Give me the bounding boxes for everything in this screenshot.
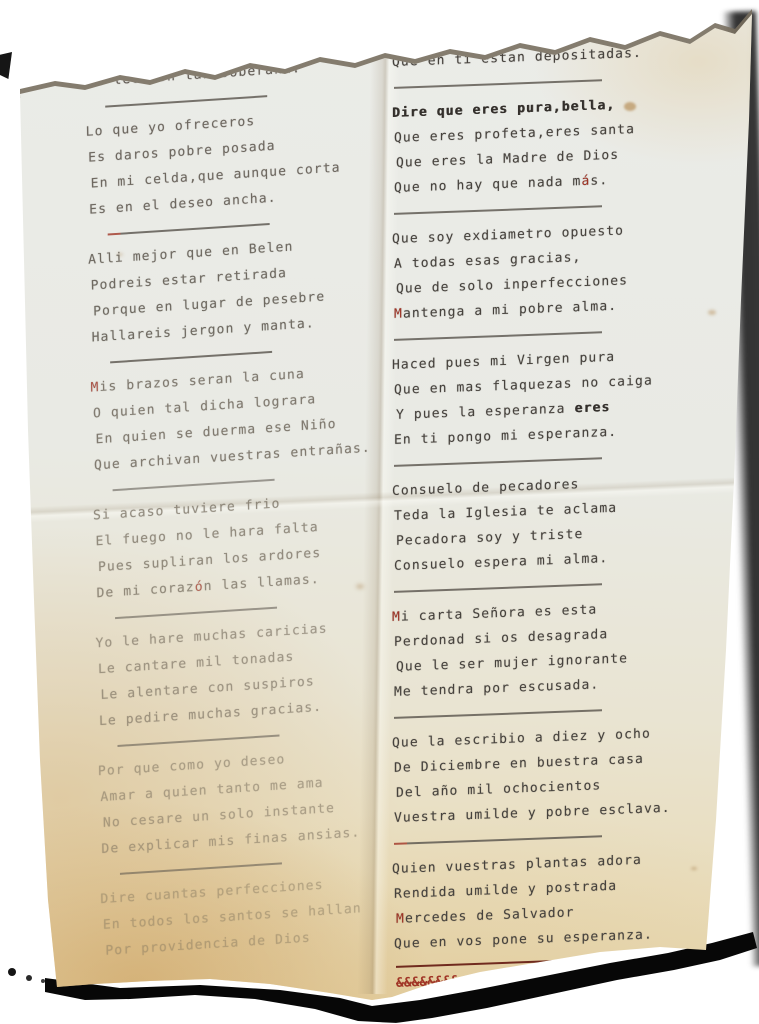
ink-segment: Que eres la Madre de Dios xyxy=(396,148,619,171)
poem-line: De leccion tan soberana. xyxy=(86,50,386,95)
stanza-divider xyxy=(120,862,282,874)
ink-segment-red: M xyxy=(396,912,405,927)
ink-segment: De Diciembre en buestra casa xyxy=(394,752,644,776)
ink-segment: Que eres profeta,eres santa xyxy=(394,122,635,146)
ink-segment: Perdonad si os desagrada xyxy=(394,627,608,650)
poem-stanza: Por que como yo deseoAmar a quien tanto … xyxy=(98,740,402,863)
ink-segment: Que soy exdiametro opuesto xyxy=(392,223,624,247)
poem-stanza: Que soy exdiametro opuestoA todas esas g… xyxy=(392,215,726,327)
poem-stanza: Mis brazos seran la cunaO quien tal dich… xyxy=(90,356,394,479)
photo-stage: Ojala me aprovecheDe leccion tan soberan… xyxy=(0,0,759,1024)
poem-stanza: Consuelo de pecadoresTeda la Iglesia te … xyxy=(392,467,726,579)
stanza-divider xyxy=(394,79,602,89)
ink-segment: Que le ser mujer ignorante xyxy=(396,651,628,675)
ink-segment: Del año mil ochocientos xyxy=(396,778,601,801)
ink-segment: Que en vos pone su esperanza. xyxy=(394,927,653,951)
ink-segment: n las llamas. xyxy=(204,572,320,594)
ink-segment: Ojala me aproveche xyxy=(84,39,245,64)
paper-sheet: Ojala me aprovecheDe leccion tan soberan… xyxy=(0,0,759,1024)
stanza-divider xyxy=(394,583,602,593)
ink-segment-bold: eres xyxy=(575,400,611,416)
ink-segment: Vuestra umilde y pobre esclava. xyxy=(394,801,671,826)
ink-segment-red: M xyxy=(90,380,99,396)
ink-segment: En ti pongo mi esperanza. xyxy=(394,425,617,448)
stanza-divider xyxy=(394,331,602,341)
poem-stanza: Haced pues mi Virgen puraQue en mas flaq… xyxy=(392,341,726,453)
stanza-divider xyxy=(394,205,602,215)
ink-segment: Consuelo de pecadores xyxy=(392,477,579,499)
stanza-divider xyxy=(394,835,602,845)
poem-column-right: Que en ti estan depositadas.Dire que ere… xyxy=(392,38,726,996)
poem-stanza: Que la escribio a diez y ochoDe Diciembr… xyxy=(392,719,726,831)
shadow-specks xyxy=(8,968,16,976)
flourish-left: &&&&&&&& xyxy=(396,974,459,991)
ink-segment: ercedes de Salvador xyxy=(405,905,575,926)
ink-segment: Y pues la esperanza xyxy=(396,401,575,423)
ink-segment: Me tendra por escusada. xyxy=(394,677,599,700)
poem-column-left: Ojala me aprovecheDe leccion tan soberan… xyxy=(84,24,404,965)
stanza-divider xyxy=(108,223,270,235)
poem-stanza: Alli mejor que en BelenPodreis estar ret… xyxy=(88,228,392,351)
poem-stanza: Dire que eres pura,bella,Que eres profet… xyxy=(392,89,726,201)
stanza-divider xyxy=(115,607,277,619)
poem-stanza: Lo que yo ofrecerosEs daros pobre posada… xyxy=(85,100,389,223)
poem-line: Que en ti estan depositadas. xyxy=(392,38,726,75)
ink-segment: Que en mas flaquezas no caiga xyxy=(394,373,653,397)
ink-segment: Rendida umilde y postrada xyxy=(394,879,617,902)
stanza-divider xyxy=(117,735,279,747)
poem-stanza: Que en ti estan depositadas. xyxy=(392,38,726,75)
poem-stanza: Yo le hare muchas cariciasLe cantare mil… xyxy=(95,612,399,735)
ink-segment: Que de solo inperfecciones xyxy=(396,273,628,297)
ink-segment: De mi coraz xyxy=(96,580,194,601)
poem-stanza: Quien vuestras plantas adoraRendida umil… xyxy=(392,845,726,957)
poem-stanza: Ojala me aprovecheDe leccion tan soberan… xyxy=(84,24,387,95)
stanza-divider xyxy=(394,709,602,719)
ink-segment: Que no hay que nada m xyxy=(394,174,581,196)
ink-segment: i carta Señora es esta xyxy=(401,602,597,624)
poem-stanza: Mi carta Señora es estaPerdonad si os de… xyxy=(392,593,726,705)
poem-stanza: Si acaso tuviere frioEl fuego no le hara… xyxy=(93,484,397,607)
ink-segment-red: M xyxy=(392,610,401,625)
ink-segment: Teda la Iglesia te aclama xyxy=(394,501,617,524)
ink-segment-red: ó xyxy=(195,579,204,595)
ink-segment-red: M xyxy=(394,307,403,322)
stanza-divider xyxy=(113,479,275,491)
ink-segment: antenga a mi pobre alma. xyxy=(403,299,617,322)
stanza-divider xyxy=(110,351,272,363)
stanza-divider xyxy=(105,95,267,107)
ink-segment: s. xyxy=(590,173,608,189)
shadow-speck-topleft xyxy=(0,52,12,79)
ink-segment: Haced pues mi Virgen pura xyxy=(392,350,615,373)
ink-segment-bold: Dire que eres pura,bella, xyxy=(392,98,615,121)
ink-segment: Consuelo espera mi alma. xyxy=(394,551,608,574)
ink-segment: A todas esas gracias, xyxy=(394,250,581,272)
ink-segment: Pecadora soy y triste xyxy=(396,527,583,549)
stanza-divider xyxy=(394,457,602,467)
